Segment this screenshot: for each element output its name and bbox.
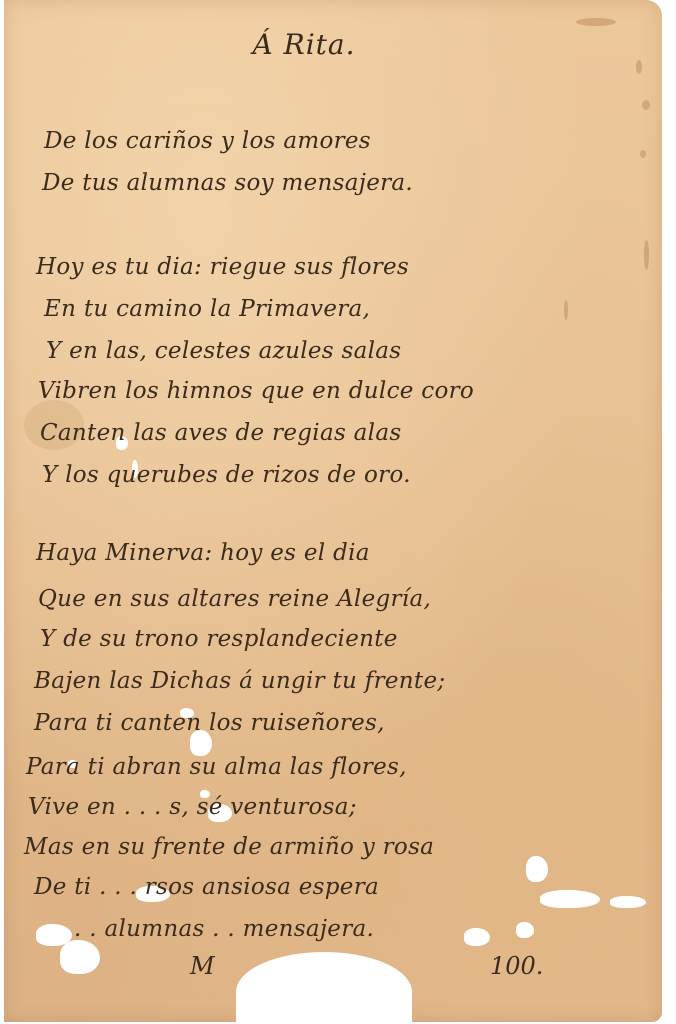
poem-line: Bajen las Dichas á ungir tu frente; [34,668,445,694]
poem-line: Hoy es tu dia: riegue sus flores [36,254,409,280]
paper-sheet: Á Rita. De los cariños y los amores De t… [4,0,662,1022]
paper-hole [540,890,600,908]
poem-line: Para ti canten los ruiseñores, [34,710,385,736]
stain [642,100,650,110]
poem-line: Para ti abran su alma las flores, [26,754,407,780]
poem-line: Haya Minerva: hoy es el dia [36,540,370,566]
poem-line: Y en las, celestes azules salas [46,338,401,364]
poem-line: De tus alumnas soy mensajera. [42,170,413,196]
paper-hole [526,856,548,882]
poem-line: Mas en su frente de armiño y rosa [24,834,434,860]
poem-line: Y de su trono resplandeciente [40,626,398,652]
paper-hole [464,928,490,946]
poem-line: Que en sus altares reine Alegría, [38,586,431,612]
poem-title: Á Rita. [4,28,604,61]
signature-initial: M [190,952,215,980]
poem-line: Canten las aves de regias alas [40,420,401,446]
poem-line: Vive en . . . s, sé venturosa; [28,794,357,820]
stain [644,240,649,270]
stain [564,300,568,320]
paper-hole [516,922,534,938]
poem-line: De los cariños y los amores [44,128,371,154]
poem-line: Y los querubes de rizos de oro. [42,462,411,488]
stain [640,150,646,158]
paper-hole [610,896,646,908]
poem-line: Vibren los himnos que en dulce coro [38,378,474,404]
stain [636,60,642,74]
poem-line: De ti . . . rsos ansiosa espera [34,874,379,900]
stain [576,18,616,26]
paper-hole [60,940,100,974]
poem-line: . . alumnas . . mensajera. [74,916,374,942]
poem-line: En tu camino la Primavera, [44,296,370,322]
year-fragment: 100. [490,952,543,980]
paper-hole [236,952,412,1024]
